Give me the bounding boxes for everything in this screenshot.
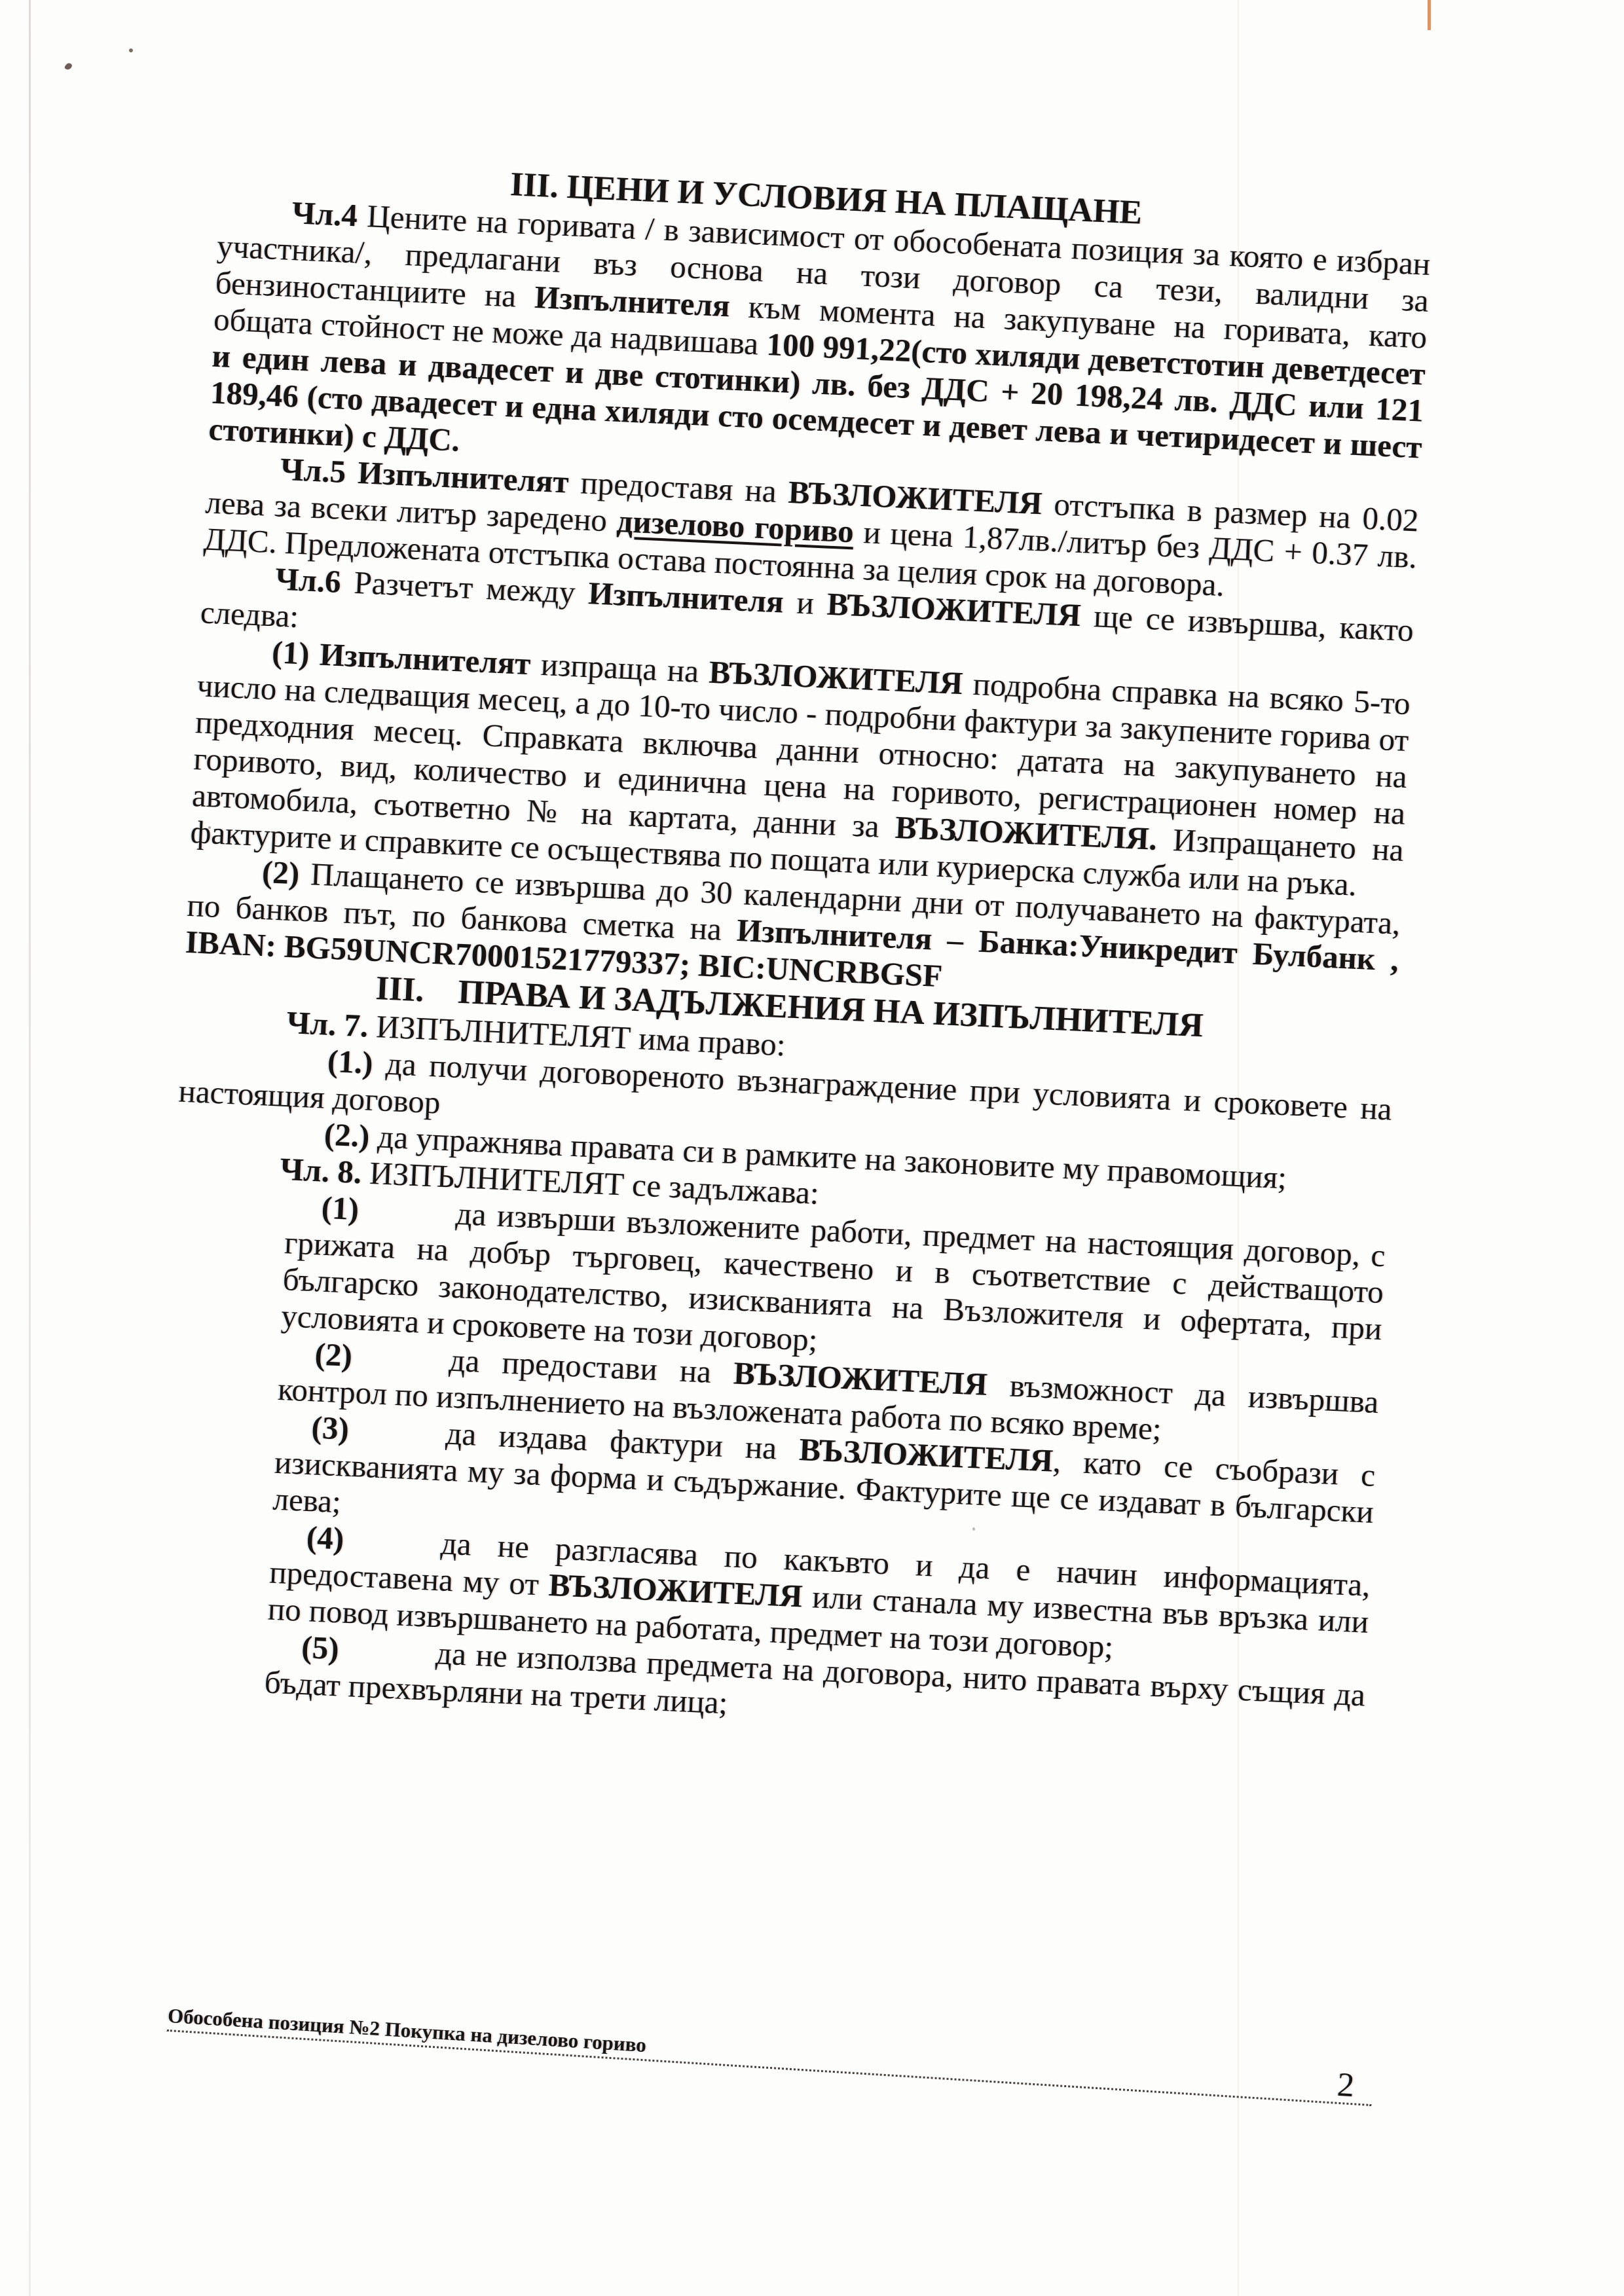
scan-edge-shadow-line — [29, 0, 31, 2296]
scanned-contract-page: III. ЦЕНИ И УСЛОВИЯ НА ПЛАЩАНЕ Чл.4 Цени… — [0, 0, 1624, 2296]
document-body: III. ЦЕНИ И УСЛОВИЯ НА ПЛАЩАНЕ Чл.4 Цени… — [151, 152, 1433, 1751]
scan-red-line-artifact — [1428, 0, 1431, 30]
footer-label: Обособена позиция №2 Покупка на дизелово… — [167, 2003, 647, 2058]
page-number: 2 — [1337, 2069, 1356, 2102]
scan-speck — [64, 62, 73, 71]
scan-speck — [129, 48, 133, 52]
page-footer: Обособена позиция №2 Покупка на дизелово… — [167, 1997, 1374, 2106]
